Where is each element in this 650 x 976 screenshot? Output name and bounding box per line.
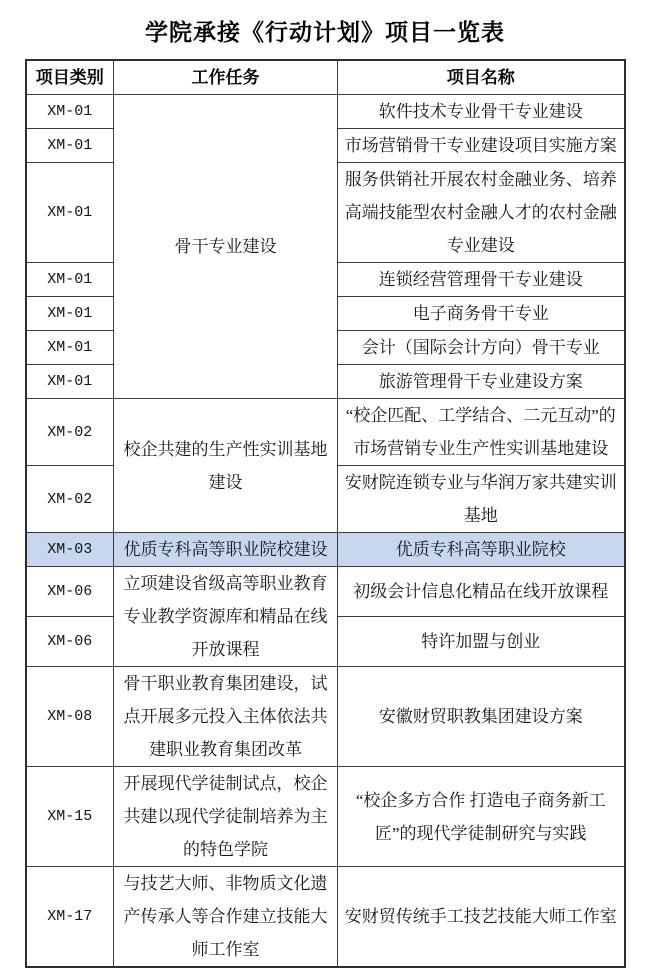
project-cell: 市场营销骨干专业建设项目实施方案 bbox=[338, 129, 625, 163]
project-cell: “校企多方合作 打造电子商务新工匠”的现代学徒制研究与实践 bbox=[338, 767, 625, 867]
project-cell: 服务供销社开展农村金融业务、培养高端技能型农村金融人才的农村金融专业建设 bbox=[338, 163, 625, 263]
project-table: 项目类别 工作任务 项目名称 XM-01骨干专业建设软件技术专业骨干专业建设XM… bbox=[25, 59, 626, 968]
table-row: XM-03优质专科高等职业院校建设优质专科高等职业院校 bbox=[26, 533, 625, 567]
category-cell: XM-01 bbox=[26, 331, 114, 365]
category-cell: XM-03 bbox=[26, 533, 114, 567]
category-cell: XM-01 bbox=[26, 263, 114, 297]
project-cell: “校企匹配、工学结合、二元互动”的市场营销专业生产性实训基地建设 bbox=[338, 399, 625, 466]
project-cell: 初级会计信息化精品在线开放课程 bbox=[338, 567, 625, 617]
project-cell: 特许加盟与创业 bbox=[338, 617, 625, 667]
category-cell: XM-02 bbox=[26, 399, 114, 466]
page-title: 学院承接《行动计划》项目一览表 bbox=[0, 14, 650, 47]
category-cell: XM-08 bbox=[26, 667, 114, 767]
table-row: XM-02校企共建的生产性实训基地建设“校企匹配、工学结合、二元互动”的市场营销… bbox=[26, 399, 625, 466]
task-cell: 立项建设省级高等职业教育专业教学资源库和精品在线开放课程 bbox=[114, 567, 338, 667]
table-row: XM-06立项建设省级高等职业教育专业教学资源库和精品在线开放课程初级会计信息化… bbox=[26, 567, 625, 617]
header-category: 项目类别 bbox=[26, 60, 114, 95]
task-cell: 优质专科高等职业院校建设 bbox=[114, 533, 338, 567]
table-row: XM-01骨干专业建设软件技术专业骨干专业建设 bbox=[26, 95, 625, 129]
project-cell: 旅游管理骨干专业建设方案 bbox=[338, 365, 625, 399]
category-cell: XM-01 bbox=[26, 365, 114, 399]
table-row: XM-17与技艺大师、非物质文化遗产传承人等合作建立技能大师工作室安财贸传统手工… bbox=[26, 867, 625, 968]
task-cell: 校企共建的生产性实训基地建设 bbox=[114, 399, 338, 533]
table-row: XM-08骨干职业教育集团建设，试点开展多元投入主体依法共建职业教育集团改革安徽… bbox=[26, 667, 625, 767]
task-cell: 骨干专业建设 bbox=[114, 95, 338, 399]
project-cell: 安财贸传统手工技艺技能大师工作室 bbox=[338, 867, 625, 968]
project-cell: 安徽财贸职教集团建设方案 bbox=[338, 667, 625, 767]
header-task: 工作任务 bbox=[114, 60, 338, 95]
category-cell: XM-15 bbox=[26, 767, 114, 867]
project-cell: 软件技术专业骨干专业建设 bbox=[338, 95, 625, 129]
category-cell: XM-17 bbox=[26, 867, 114, 968]
project-cell: 电子商务骨干专业 bbox=[338, 297, 625, 331]
project-cell: 优质专科高等职业院校 bbox=[338, 533, 625, 567]
category-cell: XM-01 bbox=[26, 297, 114, 331]
category-cell: XM-01 bbox=[26, 129, 114, 163]
category-cell: XM-06 bbox=[26, 567, 114, 617]
task-cell: 骨干职业教育集团建设，试点开展多元投入主体依法共建职业教育集团改革 bbox=[114, 667, 338, 767]
category-cell: XM-06 bbox=[26, 617, 114, 667]
category-cell: XM-01 bbox=[26, 163, 114, 263]
task-cell: 与技艺大师、非物质文化遗产传承人等合作建立技能大师工作室 bbox=[114, 867, 338, 968]
category-cell: XM-02 bbox=[26, 466, 114, 533]
header-project: 项目名称 bbox=[338, 60, 625, 95]
table-row: XM-15开展现代学徒制试点，校企共建以现代学徒制培养为主的特色学院“校企多方合… bbox=[26, 767, 625, 867]
category-cell: XM-01 bbox=[26, 95, 114, 129]
table-body: XM-01骨干专业建设软件技术专业骨干专业建设XM-01市场营销骨干专业建设项目… bbox=[26, 95, 625, 968]
project-cell: 连锁经营管理骨干专业建设 bbox=[338, 263, 625, 297]
table-header-row: 项目类别 工作任务 项目名称 bbox=[26, 60, 625, 95]
project-cell: 安财院连锁专业与华润万家共建实训基地 bbox=[338, 466, 625, 533]
project-cell: 会计（国际会计方向）骨干专业 bbox=[338, 331, 625, 365]
task-cell: 开展现代学徒制试点，校企共建以现代学徒制培养为主的特色学院 bbox=[114, 767, 338, 867]
